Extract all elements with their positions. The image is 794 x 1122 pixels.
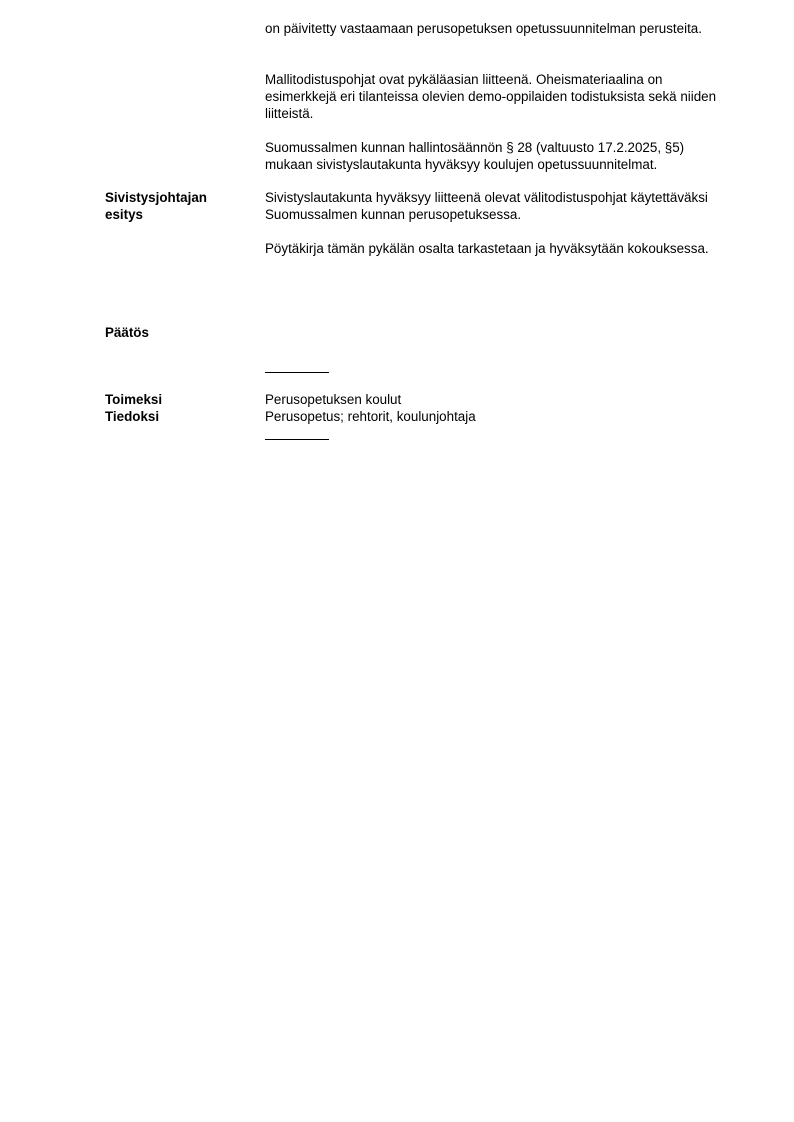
decision-label: Päätös bbox=[105, 324, 149, 341]
separator-line bbox=[265, 439, 329, 440]
proposal-label-line2: esitys bbox=[105, 207, 143, 222]
paragraph-regulation: Suomussalmen kunnan hallintosäännön § 28… bbox=[265, 139, 735, 173]
proposal-paragraph-minutes: Pöytäkirja tämän pykälän osalta tarkaste… bbox=[265, 240, 735, 257]
proposal-label-line1: Sivistysjohtajan bbox=[105, 190, 207, 205]
paragraph-templates: Mallitodistuspohjat ovat pykäläasian lii… bbox=[265, 71, 735, 122]
separator-line bbox=[265, 372, 329, 373]
paragraph-update-note: on päivitetty vastaamaan perusopetuksen … bbox=[265, 20, 735, 37]
distribution-label-tiedoksi: Tiedoksi bbox=[105, 408, 159, 425]
proposal-label: Sivistysjohtajan esitys bbox=[105, 189, 207, 223]
distribution-value-toimeksi: Perusopetuksen koulut bbox=[265, 391, 401, 408]
proposal-paragraph-approve: Sivistyslautakunta hyväksyy liitteenä ol… bbox=[265, 189, 735, 223]
distribution-label-toimeksi: Toimeksi bbox=[105, 391, 162, 408]
distribution-value-tiedoksi: Perusopetus; rehtorit, koulunjohtaja bbox=[265, 408, 476, 425]
